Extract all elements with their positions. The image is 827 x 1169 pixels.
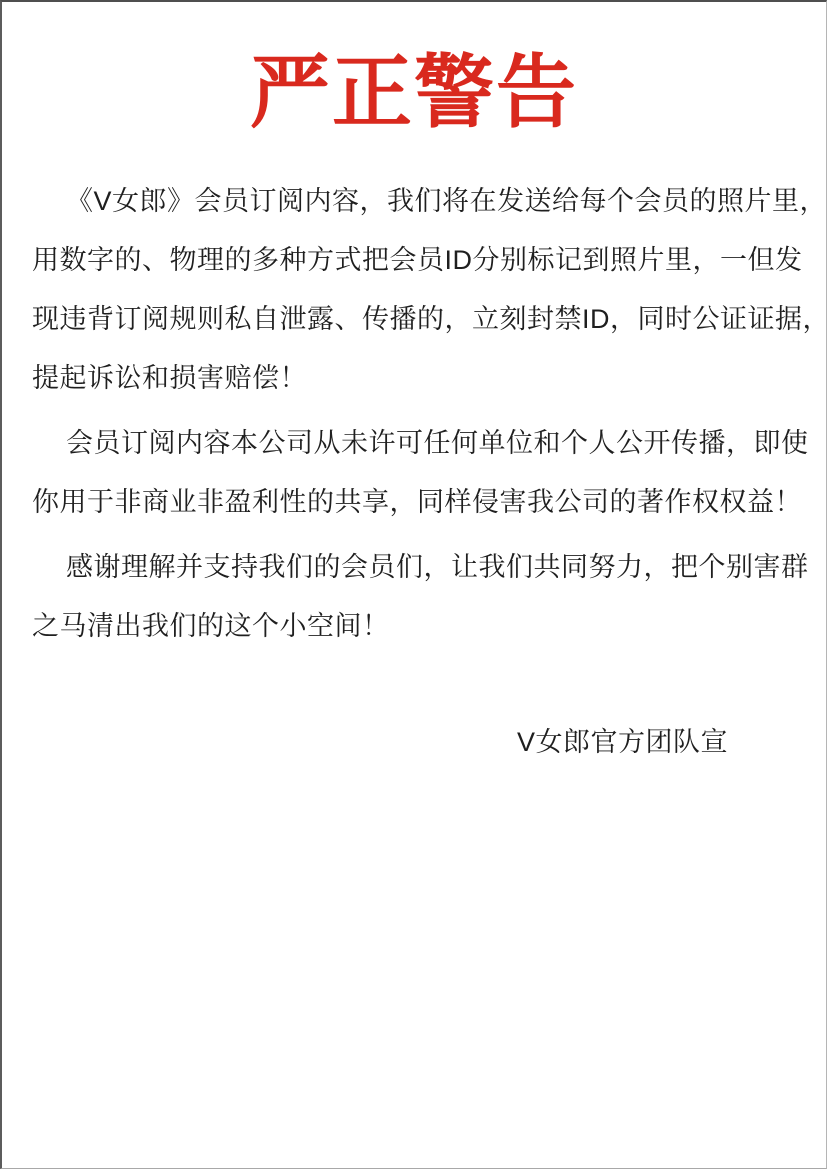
notice-body: 《V女郎》会员订阅内容，我们将在发送给每个会员的照片里， 用数字的、物理的多种方… xyxy=(2,172,826,656)
notice-title: 严正警告 xyxy=(2,44,826,142)
document-page: 严正警告 《V女郎》会员订阅内容，我们将在发送给每个会员的照片里， 用数字的、物… xyxy=(0,0,827,1169)
notice-line: 之马清出我们的这个小空间！ xyxy=(32,597,796,656)
signature: V女郎官方团队宣 xyxy=(2,713,826,772)
notice-line: 你用于非商业非盈利性的共享，同样侵害我公司的著作权权益！ xyxy=(32,473,796,532)
notice-line: 会员订阅内容本公司从未许可任何单位和个人公开传播，即使 xyxy=(32,414,796,473)
notice-line: 提起诉讼和损害赔偿！ xyxy=(32,349,796,408)
notice-line: 《V女郎》会员订阅内容，我们将在发送给每个会员的照片里， xyxy=(32,172,796,231)
paragraph-1: 《V女郎》会员订阅内容，我们将在发送给每个会员的照片里， 用数字的、物理的多种方… xyxy=(32,172,796,408)
paragraph-2: 会员订阅内容本公司从未许可任何单位和个人公开传播，即使 你用于非商业非盈利性的共… xyxy=(32,414,796,532)
notice-line: 现违背订阅规则私自泄露、传播的，立刻封禁ID，同时公证证据， xyxy=(32,290,796,349)
notice-line: 感谢理解并支持我们的会员们，让我们共同努力，把个别害群 xyxy=(32,538,796,597)
paragraph-3: 感谢理解并支持我们的会员们，让我们共同努力，把个别害群 之马清出我们的这个小空间… xyxy=(32,538,796,656)
notice-line: 用数字的、物理的多种方式把会员ID分别标记到照片里，一但发 xyxy=(32,231,796,290)
